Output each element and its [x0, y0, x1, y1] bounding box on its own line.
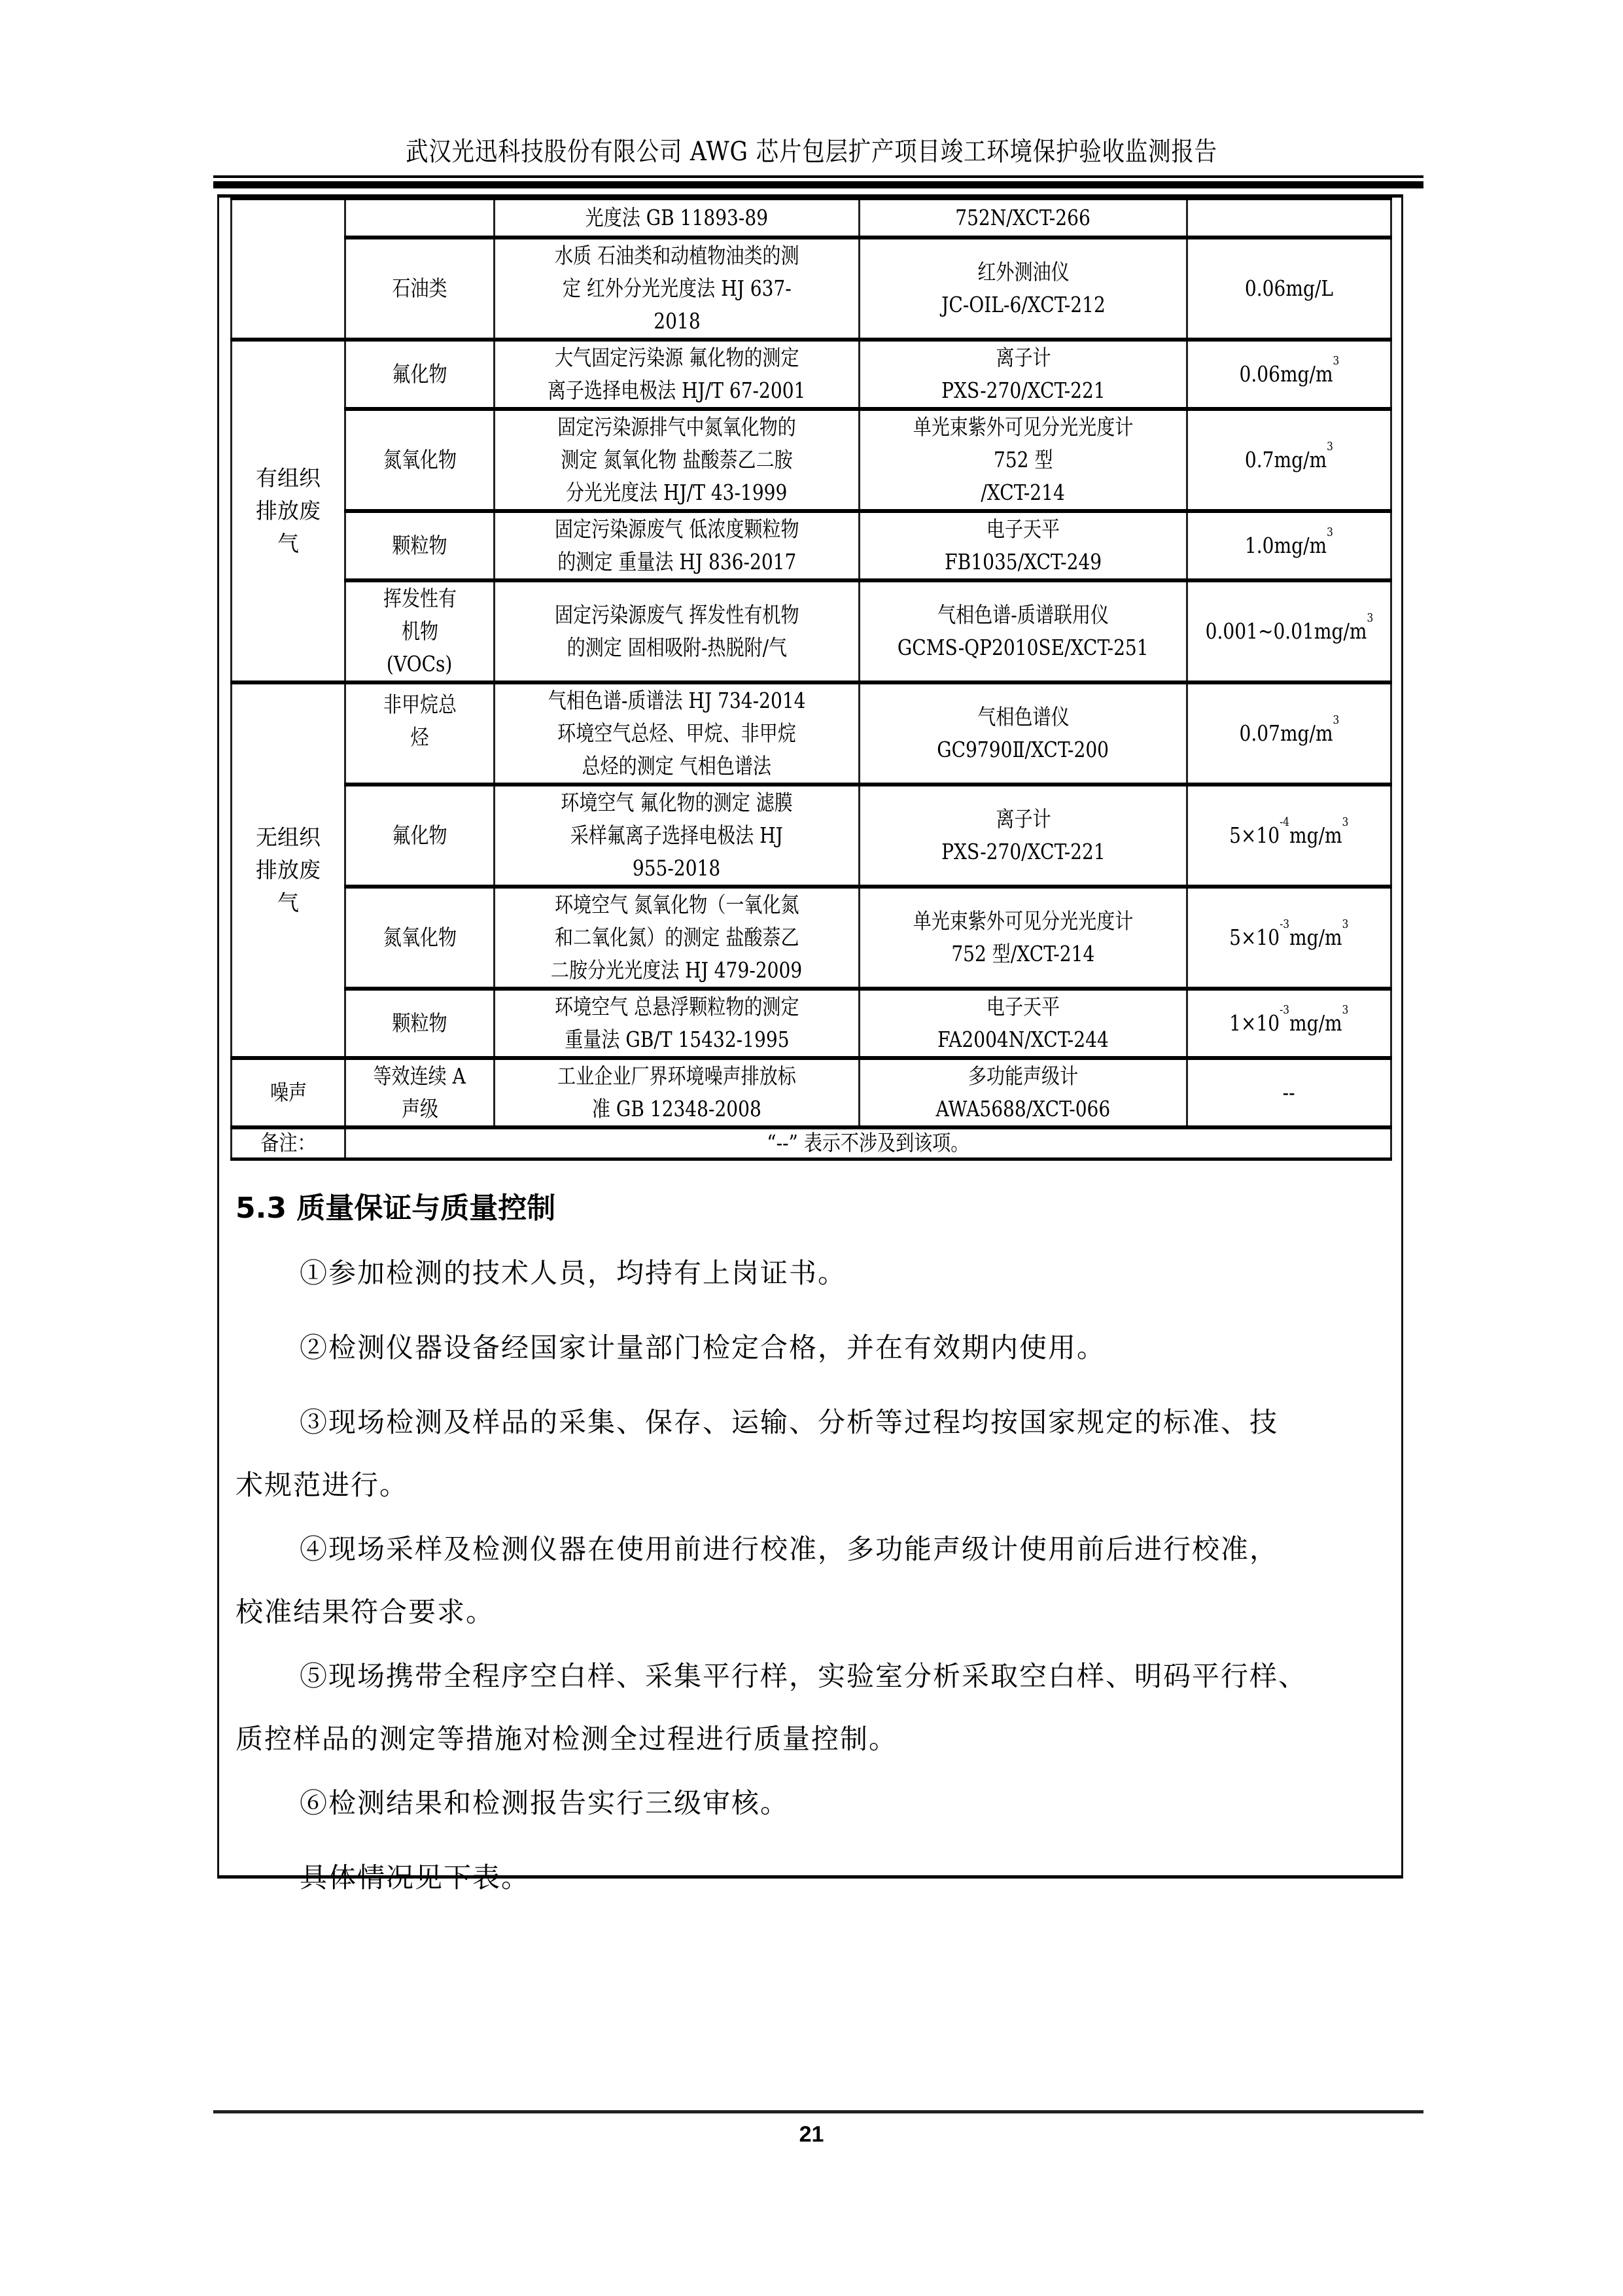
item-cell: 等效连续 A 声级	[345, 1058, 495, 1127]
item-cell: 非甲烷总 烃	[345, 682, 495, 785]
item-cell: 石油类	[345, 238, 495, 340]
paragraph-1: ①参加检测的技术人员，均持有上岗证书。	[236, 1242, 1393, 1305]
item-cell	[345, 198, 495, 238]
instrument-cell: 752N/XCT-266	[860, 198, 1187, 238]
table-row: 氟化物 环境空气 氟化物的测定 滤膜 采样氟离子选择电极法 HJ 955-201…	[232, 785, 1391, 887]
limit-cell: 5×10-3mg/m3	[1187, 887, 1391, 989]
paragraph-7: 具体情况见下表。	[236, 1846, 1393, 1909]
header-rule-thick	[213, 181, 1423, 188]
header-rule-thin	[213, 175, 1423, 178]
category-noise: 噪声	[232, 1058, 345, 1127]
table-row: 颗粒物 环境空气 总悬浮颗粒物的测定 重量法 GB/T 15432-1995 电…	[232, 989, 1391, 1058]
category-organized-emission: 有组织 排放废 气	[232, 340, 345, 682]
limit-cell: 1×10-3mg/m3	[1187, 989, 1391, 1058]
limit-cell: 1.0mg/m3	[1187, 511, 1391, 580]
page-number: 21	[0, 2122, 1623, 2147]
item-cell: 氟化物	[345, 340, 495, 409]
instrument-cell: 电子天平 FA2004N/XCT-244	[860, 989, 1187, 1058]
instrument-cell: 气相色谱仪 GC9790Ⅱ/XCT-200	[860, 682, 1187, 785]
method-cell: 大气固定污染源 氟化物的测定 离子选择电极法 HJ/T 67-2001	[495, 340, 860, 409]
limit-cell: 0.7mg/m3	[1187, 409, 1391, 511]
table-row: 噪声 等效连续 A 声级 工业企业厂界环境噪声排放标 准 GB 12348-20…	[232, 1058, 1391, 1127]
item-cell: 氟化物	[345, 785, 495, 887]
method-cell: 固定污染源废气 低浓度颗粒物 的测定 重量法 HJ 836-2017	[495, 511, 860, 580]
item-cell: 挥发性有 机物 (VOCs)	[345, 580, 495, 682]
item-cell: 颗粒物	[345, 511, 495, 580]
table-row: 无组织 排放废 气 非甲烷总 烃 气相色谱-质谱法 HJ 734-2014 环境…	[232, 682, 1391, 785]
paragraph-6: ⑥检测结果和检测报告实行三级审核。	[236, 1772, 1393, 1835]
limit-cell: 5×10-4mg/m3	[1187, 785, 1391, 887]
method-cell: 工业企业厂界环境噪声排放标 准 GB 12348-2008	[495, 1058, 860, 1127]
method-cell: 环境空气 氟化物的测定 滤膜 采样氟离子选择电极法 HJ 955-2018	[495, 785, 860, 887]
paragraph-2: ②检测仪器设备经国家计量部门检定合格，并在有效期内使用。	[236, 1316, 1393, 1379]
method-cell: 固定污染源废气 挥发性有机物 的测定 固相吸附-热脱附/气	[495, 580, 860, 682]
instrument-cell: 气相色谱-质谱联用仪 GCMS-QP2010SE/XCT-251	[860, 580, 1187, 682]
footer-rule	[213, 2110, 1423, 2113]
limit-cell: 0.06mg/m3	[1187, 340, 1391, 409]
limit-cell: 0.06mg/L	[1187, 238, 1391, 340]
instrument-cell: 离子计 PXS-270/XCT-221	[860, 340, 1187, 409]
category-unorganized-emission: 无组织 排放废 气	[232, 682, 345, 1058]
method-cell: 光度法 GB 11893-89	[495, 198, 860, 238]
method-cell: 环境空气 总悬浮颗粒物的测定 重量法 GB/T 15432-1995	[495, 989, 860, 1058]
instrument-cell: 红外测油仪 JC-OIL-6/XCT-212	[860, 238, 1187, 340]
item-cell: 氮氧化物	[345, 409, 495, 511]
table-note-row: 备注： “--” 表示不涉及到该项。	[232, 1127, 1391, 1159]
limit-cell: --	[1187, 1058, 1391, 1127]
instrument-cell: 单光束紫外可见分光光度计 752 型/XCT-214	[860, 887, 1187, 989]
paragraph-3: ③现场检测及样品的采集、保存、运输、分析等过程均按国家规定的标准、技术规范进行。	[236, 1391, 1393, 1517]
note-label: 备注：	[232, 1127, 345, 1159]
limit-cell: 0.001~0.01mg/m3	[1187, 580, 1391, 682]
instrument-cell: 电子天平 FB1035/XCT-249	[860, 511, 1187, 580]
item-cell: 氮氧化物	[345, 887, 495, 989]
method-cell: 气相色谱-质谱法 HJ 734-2014 环境空气总烃、甲烷、非甲烷 总烃的测定…	[495, 682, 860, 785]
table-row: 颗粒物 固定污染源废气 低浓度颗粒物 的测定 重量法 HJ 836-2017 电…	[232, 511, 1391, 580]
paragraph-4: ④现场采样及检测仪器在使用前进行校准，多功能声级计使用前后进行校准，校准结果符合…	[236, 1518, 1393, 1644]
instrument-cell: 多功能声级计 AWA5688/XCT-066	[860, 1058, 1187, 1127]
instrument-cell: 单光束紫外可见分光光度计 752 型 /XCT-214	[860, 409, 1187, 511]
limit-cell	[1187, 198, 1391, 238]
table-row: 氮氧化物 固定污染源排气中氮氧化物的 测定 氮氧化物 盐酸萘乙二胺 分光光度法 …	[232, 409, 1391, 511]
section-heading: 5.3 质量保证与质量控制	[236, 1184, 555, 1226]
method-cell: 环境空气 氮氧化物（一氧化氮 和二氧化氮）的测定 盐酸萘乙 二胺分光光度法 HJ…	[495, 887, 860, 989]
note-text: “--” 表示不涉及到该项。	[345, 1127, 1391, 1159]
table-row: 有组织 排放废 气 氟化物 大气固定污染源 氟化物的测定 离子选择电极法 HJ/…	[232, 340, 1391, 409]
item-cell: 颗粒物	[345, 989, 495, 1058]
report-header-title: 武汉光迅科技股份有限公司 AWG 芯片包层扩产项目竣工环境保护验收监测报告	[114, 131, 1510, 168]
table-row: 挥发性有 机物 (VOCs) 固定污染源废气 挥发性有机物 的测定 固相吸附-热…	[232, 580, 1391, 682]
table-row: 石油类 水质 石油类和动植物油类的测 定 红外分光光度法 HJ 637- 201…	[232, 238, 1391, 340]
table-row: 光度法 GB 11893-89 752N/XCT-266	[232, 198, 1391, 238]
monitoring-methods-table: 光度法 GB 11893-89 752N/XCT-266 石油类 水质 石油类和…	[230, 196, 1392, 1161]
instrument-cell: 离子计 PXS-270/XCT-221	[860, 785, 1187, 887]
paragraph-5: ⑤现场携带全程序空白样、采集平行样，实验室分析采取空白样、明码平行样、质控样品的…	[236, 1645, 1393, 1771]
method-cell: 固定污染源排气中氮氧化物的 测定 氮氧化物 盐酸萘乙二胺 分光光度法 HJ/T …	[495, 409, 860, 511]
table-row: 氮氧化物 环境空气 氮氧化物（一氧化氮 和二氧化氮）的测定 盐酸萘乙 二胺分光光…	[232, 887, 1391, 989]
method-cell: 水质 石油类和动植物油类的测 定 红外分光光度法 HJ 637- 2018	[495, 238, 860, 340]
limit-cell: 0.07mg/m3	[1187, 682, 1391, 785]
category-cell	[232, 198, 345, 340]
